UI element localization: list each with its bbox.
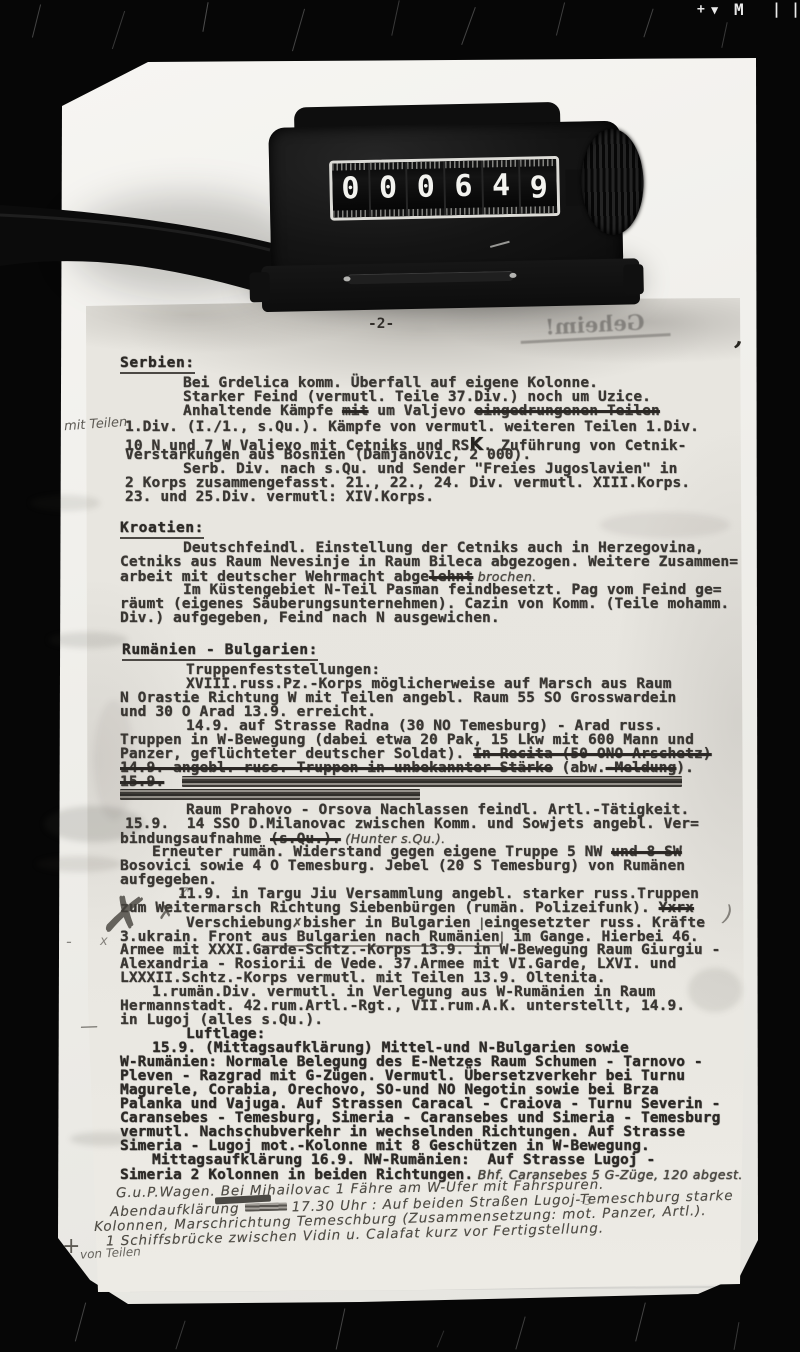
counter-digit: 6 <box>445 168 482 209</box>
counter-digit-cell: 6 <box>443 161 482 216</box>
roller-knurl <box>370 162 406 170</box>
film-edge-mark: + <box>697 2 705 17</box>
counter-digit-cell: 4 <box>481 160 520 215</box>
film-edge-mark: M <box>734 0 744 19</box>
mounting-ear <box>249 272 270 302</box>
mounting-ear <box>623 264 644 294</box>
roller-knurl <box>446 208 482 216</box>
counter-digit: 4 <box>483 167 520 208</box>
counter-digit-cell: 0 <box>332 163 369 218</box>
film-edge-mark: ▼ <box>711 3 718 17</box>
counter-digit: 0 <box>332 170 369 211</box>
film-edge-mark: | <box>772 0 781 18</box>
counter-base-plate <box>261 258 640 312</box>
roller-knurl <box>332 163 368 171</box>
roller-knurl <box>371 209 407 217</box>
roller-knurl <box>521 206 557 214</box>
roller-knurl <box>483 160 519 168</box>
roller-knurl <box>408 208 444 216</box>
counter-digit-cell: 0 <box>368 162 407 217</box>
roller-knurl <box>484 207 520 215</box>
roller-knurl <box>520 159 556 167</box>
counter-digit-cell: 0 <box>405 161 444 216</box>
counter-digit: 0 <box>370 169 407 210</box>
counter-digit: 0 <box>408 168 445 209</box>
roller-knurl <box>333 210 369 218</box>
counter-digit-cell: 9 <box>518 159 557 214</box>
microfilm-scan: Geheim! -2- , Serbien:Bei Grdelica komm.… <box>0 0 800 1352</box>
counter-digit-window: 000649 <box>329 156 560 221</box>
roller-knurl <box>407 161 443 169</box>
roller-knurl <box>445 161 481 169</box>
film-edge-mark: | <box>791 0 800 18</box>
counter-digit: 9 <box>521 169 558 210</box>
tally-counter: 000649 <box>248 94 672 318</box>
